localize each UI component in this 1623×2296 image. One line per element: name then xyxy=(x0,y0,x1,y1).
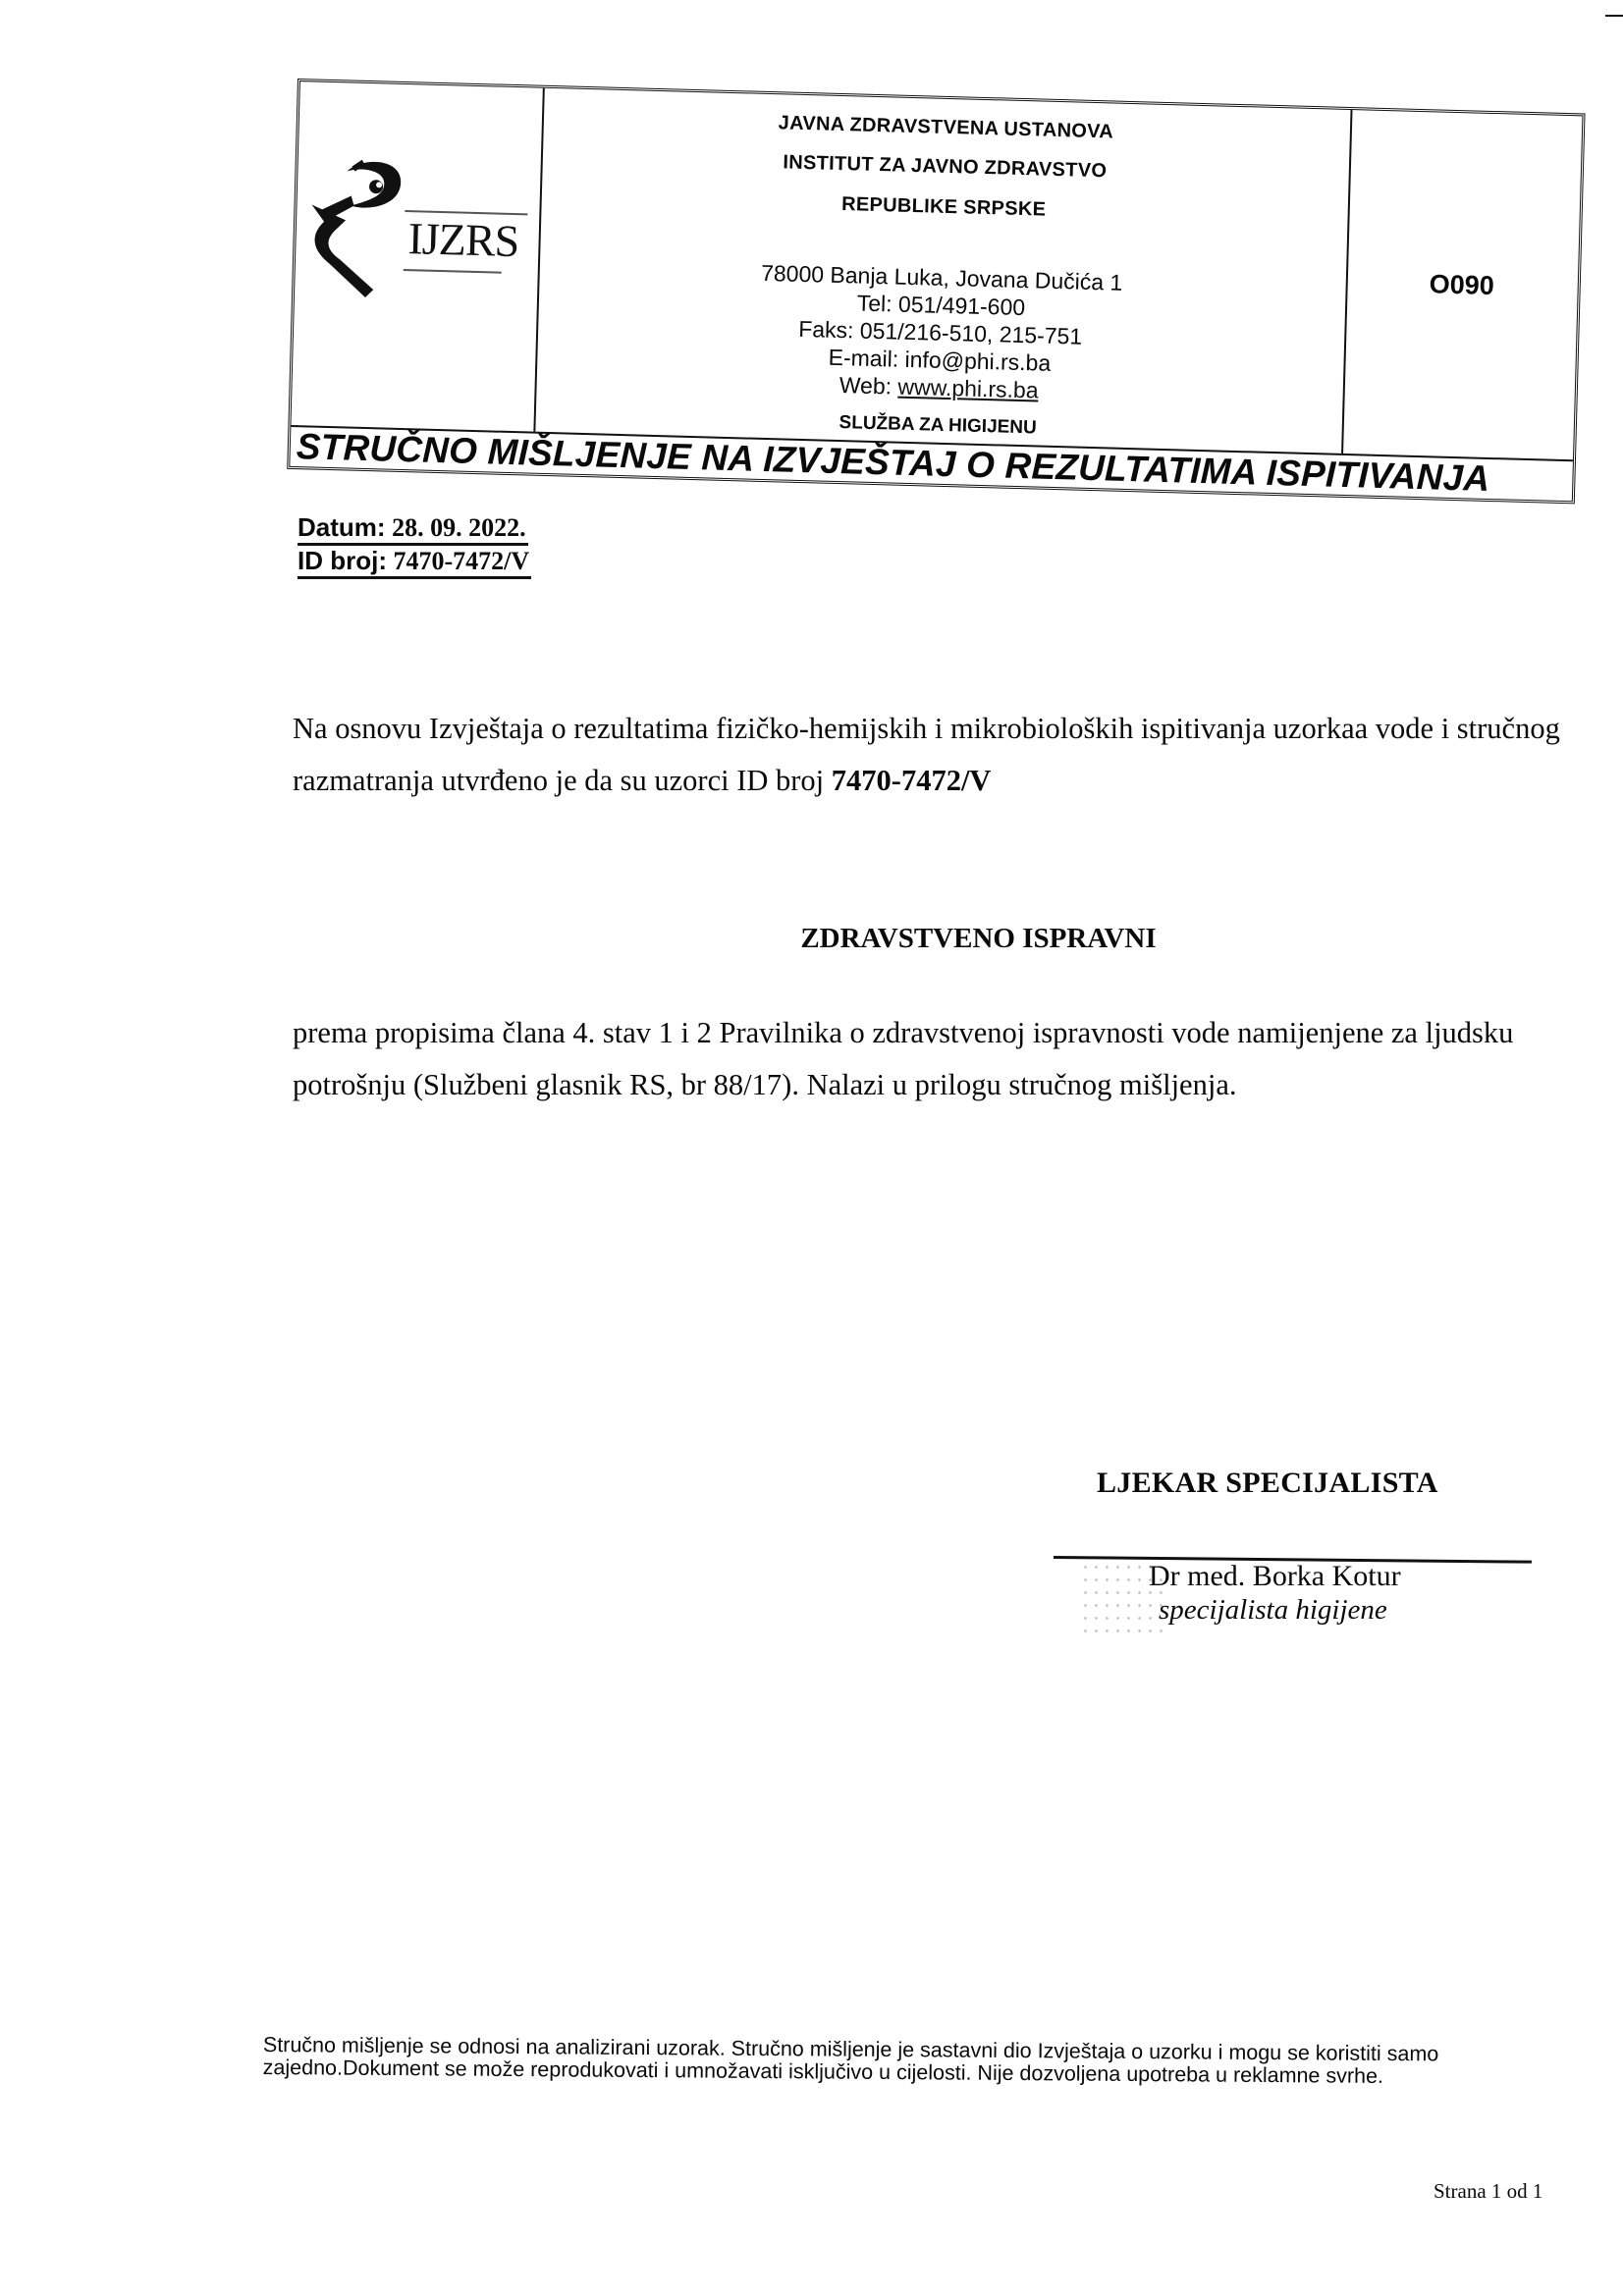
verdict: ZDRAVSTVENO ISPRAVNI xyxy=(0,923,1623,955)
institution-line-3: REPUBLIKE SRPSKE xyxy=(540,186,1348,230)
institution-line-2: INSTITUT ZA JAVNO ZDRAVSTVO xyxy=(541,145,1349,189)
footer-disclaimer: Stručno mišljenje se odnosi na analizira… xyxy=(263,2034,1569,2089)
document-meta: Datum: 28. 09. 2022. ID broj: 7470-7472/… xyxy=(298,512,531,579)
web-label: Web: xyxy=(839,372,897,400)
intro-paragraph: Na osnovu Izvještaja o rezultatima fizič… xyxy=(293,703,1589,807)
regulation-paragraph: prema propisima člana 4. stav 1 i 2 Prav… xyxy=(293,1007,1589,1111)
scan-corner-mark xyxy=(1605,15,1623,17)
institution-line-1: JAVNA ZDRAVSTVENA USTANOVA xyxy=(542,106,1350,150)
page-number: Strana 1 od 1 xyxy=(1434,2179,1542,2204)
signatory-name: Dr med. Borka Kotur xyxy=(1149,1560,1401,1593)
id-label: ID broj: xyxy=(298,546,387,575)
date-label: Datum: xyxy=(298,512,386,542)
logo-emblem-icon xyxy=(304,150,416,300)
logo-rule-bottom xyxy=(404,269,502,274)
date-row: Datum: 28. 09. 2022. xyxy=(298,512,528,546)
signatory-role: specijalista higijene xyxy=(1159,1594,1387,1627)
logo-cell: IJZRS xyxy=(291,81,544,432)
date-value: 28. 09. 2022. xyxy=(392,513,526,542)
institution-info: JAVNA ZDRAVSTVENA USTANOVA INSTITUT ZA J… xyxy=(533,88,1352,454)
document-header: IJZRS JAVNA ZDRAVSTVENA USTANOVA INSTITU… xyxy=(287,79,1585,504)
web-link[interactable]: www.phi.rs.ba xyxy=(897,374,1039,403)
id-value: 7470-7472/V xyxy=(394,547,530,575)
signature-title: LJEKAR SPECIJALISTA xyxy=(1097,1467,1438,1500)
id-row: ID broj: 7470-7472/V xyxy=(298,546,531,579)
institute-logo: IJZRS xyxy=(304,150,534,303)
header-top-row: IJZRS JAVNA ZDRAVSTVENA USTANOVA INSTITU… xyxy=(291,81,1582,461)
form-code: O090 xyxy=(1341,110,1582,459)
sample-id: 7470-7472/V xyxy=(832,764,992,797)
logo-text: IJZRS xyxy=(407,214,519,266)
